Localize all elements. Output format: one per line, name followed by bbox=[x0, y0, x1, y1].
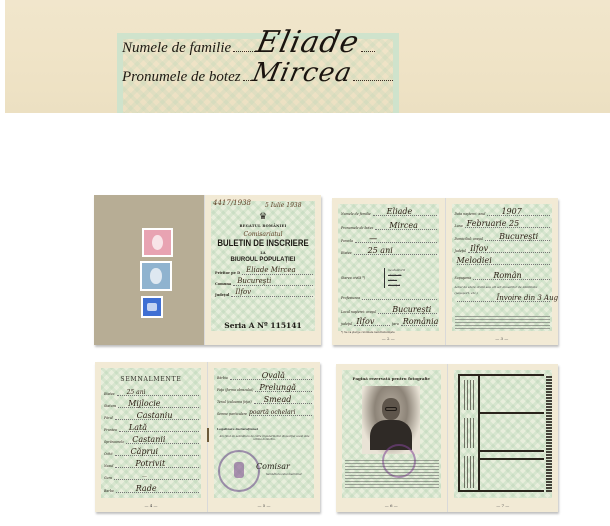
given-name-row: Pronumele de botez Mircea bbox=[122, 58, 395, 88]
registration-table bbox=[458, 374, 544, 492]
form-row: Melodiei bbox=[455, 255, 551, 265]
title-page: 4417/1938 5 Iulie 1938 ♛ REGATUL ROMÂNIE… bbox=[205, 195, 321, 345]
form-row: PărulCastaniu bbox=[104, 410, 199, 420]
signature-caption: Semnătura celui însărcinat bbox=[266, 473, 312, 476]
birthplace-row: Locul naşterei: oraşulBucureşti bbox=[341, 304, 437, 314]
portrait-photograph bbox=[362, 386, 420, 454]
document-title: BULETIN DE INSCRIERE bbox=[215, 238, 310, 249]
booklet-photo-spread: Pagină rezervată pentru fotografie — 6 —… bbox=[336, 364, 558, 512]
registration-right-page: — 7 — bbox=[448, 364, 559, 512]
coat-of-arms-icon: ♛ bbox=[205, 212, 321, 222]
pink-portrait-stamp bbox=[142, 228, 173, 257]
form-row: Etatea25 ani bbox=[104, 386, 199, 396]
given-name-label: Pronumele de botez bbox=[122, 69, 241, 86]
form-row: Domiciliul: oraşulBucureşti bbox=[455, 231, 551, 241]
attest-text: Am ţinut de semnătura de către împuterni… bbox=[217, 435, 312, 442]
form-row: SupuşeniaRomân bbox=[455, 270, 551, 280]
form-row: NasulPotrivit bbox=[104, 458, 199, 468]
form-row: OchiiCăprui bbox=[104, 446, 199, 456]
photo-small-print bbox=[345, 460, 439, 488]
form-row: StaturaMijlocie bbox=[104, 398, 199, 408]
description-right-page: BărbiaOvală Faţa (forma obrazului)Prelun… bbox=[208, 362, 320, 512]
booklet-cover-spread: 4417/1938 5 Iulie 1938 ♛ REGATUL ROMÂNIE… bbox=[94, 195, 321, 345]
page-number: — 7 — bbox=[448, 503, 559, 508]
identity-right-page: Data naşterei: anul1907 LunaFebruarie 25… bbox=[446, 198, 559, 345]
page-number: — 2 — bbox=[332, 336, 445, 341]
description-heading: SEMNALMENTE bbox=[95, 376, 207, 383]
serial-number: Seria A Nº 115141 bbox=[205, 321, 321, 330]
legal-small-print bbox=[455, 316, 551, 330]
footnote: *) Se va şterge cuvintele neîntrebuinţat… bbox=[341, 331, 437, 334]
blue-portrait-stamp bbox=[140, 261, 172, 291]
form-row: Pronumele de botezMircea bbox=[341, 220, 437, 230]
official-seal bbox=[218, 450, 260, 492]
form-row: BarbaRade bbox=[104, 483, 199, 493]
page-number: — 6 — bbox=[336, 503, 447, 508]
blue-airmail-stamp bbox=[141, 296, 163, 318]
form-row: Tenul (culoarea feţei)Smead bbox=[217, 394, 312, 404]
form-row: Etatea25 ani bbox=[341, 245, 437, 255]
form-row: JudeţulIlfov bbox=[455, 243, 551, 253]
form-row: Porecla— bbox=[341, 233, 437, 243]
inside-cover bbox=[94, 195, 204, 345]
official-signature: Comisar bbox=[256, 462, 290, 471]
office-handwritten: Comisariatul bbox=[205, 231, 321, 238]
given-name-handwritten: Mircea bbox=[249, 58, 354, 88]
commune-field: Comuna Bucureşti bbox=[215, 278, 313, 286]
surname-label: Numele de familie bbox=[122, 40, 231, 57]
photo-left-page: Pagină rezervată pentru fotografie — 6 — bbox=[336, 364, 447, 512]
page-number: — 3 — bbox=[446, 336, 559, 341]
civil-status-label: Starea civilă *) bbox=[341, 270, 365, 280]
holder-field: Privitor pe D Eliade Mircea bbox=[215, 267, 313, 275]
form-row: BărbiaOvală bbox=[217, 370, 312, 380]
civil-status-options: necăsătorit căsătorit văduv divorţat bbox=[384, 268, 405, 288]
identity-left-page: Numele de familieEliade Pronumele de bot… bbox=[332, 198, 445, 345]
page-number: — 5 — bbox=[208, 503, 320, 508]
form-row: FrunteaLată bbox=[104, 422, 199, 432]
vertical-small-print bbox=[546, 376, 552, 492]
document-value-row: Învoire din 3 August 1928 bbox=[455, 292, 551, 302]
county-field: Judeţul Ilfov bbox=[215, 289, 313, 297]
form-row: Faţa (forma obrazului)Prelungă bbox=[217, 382, 312, 392]
page-number: — 4 — bbox=[95, 503, 207, 508]
booklet-description-spread: SEMNALMENTE Etatea25 ani StaturaMijlocie… bbox=[95, 362, 320, 512]
form-row: LunaFebruarie 25 bbox=[455, 218, 551, 228]
county-country-row: judeţulIlfovţaraRomânia bbox=[341, 316, 437, 326]
title-connector: LA bbox=[205, 251, 321, 255]
profession-row: Profesiunea bbox=[341, 290, 437, 300]
form-row: Semne particularepoartă ochelari bbox=[217, 406, 312, 416]
photo-page-heading: Pagină rezervată pentru fotografie bbox=[336, 376, 447, 381]
form-row: SprânceneleCastanii bbox=[104, 434, 199, 444]
form-row: Data naşterei: anul1907 bbox=[455, 206, 551, 216]
booklet-identity-spread: Numele de familieEliade Pronumele de bot… bbox=[332, 198, 558, 345]
form-row: Numele de familieEliade bbox=[341, 206, 437, 216]
surname-row: Numele de familie Eliade bbox=[122, 25, 377, 60]
document-subtitle: BIUROUL POPULAȚIEI bbox=[205, 257, 321, 263]
attest-heading: Legalizare declaraţiunei bbox=[217, 428, 312, 431]
kingdom-label: REGATUL ROMÂNIEI bbox=[205, 224, 321, 228]
description-left-page: SEMNALMENTE Etatea25 ani StaturaMijlocie… bbox=[95, 362, 207, 512]
surname-handwritten: Eliade bbox=[253, 25, 362, 60]
issue-date: 5 Iulie 1938 bbox=[265, 202, 321, 209]
booklet-clasp bbox=[207, 428, 209, 442]
form-row: Gura— bbox=[104, 470, 199, 480]
document-detail-banner: Numele de familie Eliade Pronumele de bo… bbox=[5, 0, 610, 113]
